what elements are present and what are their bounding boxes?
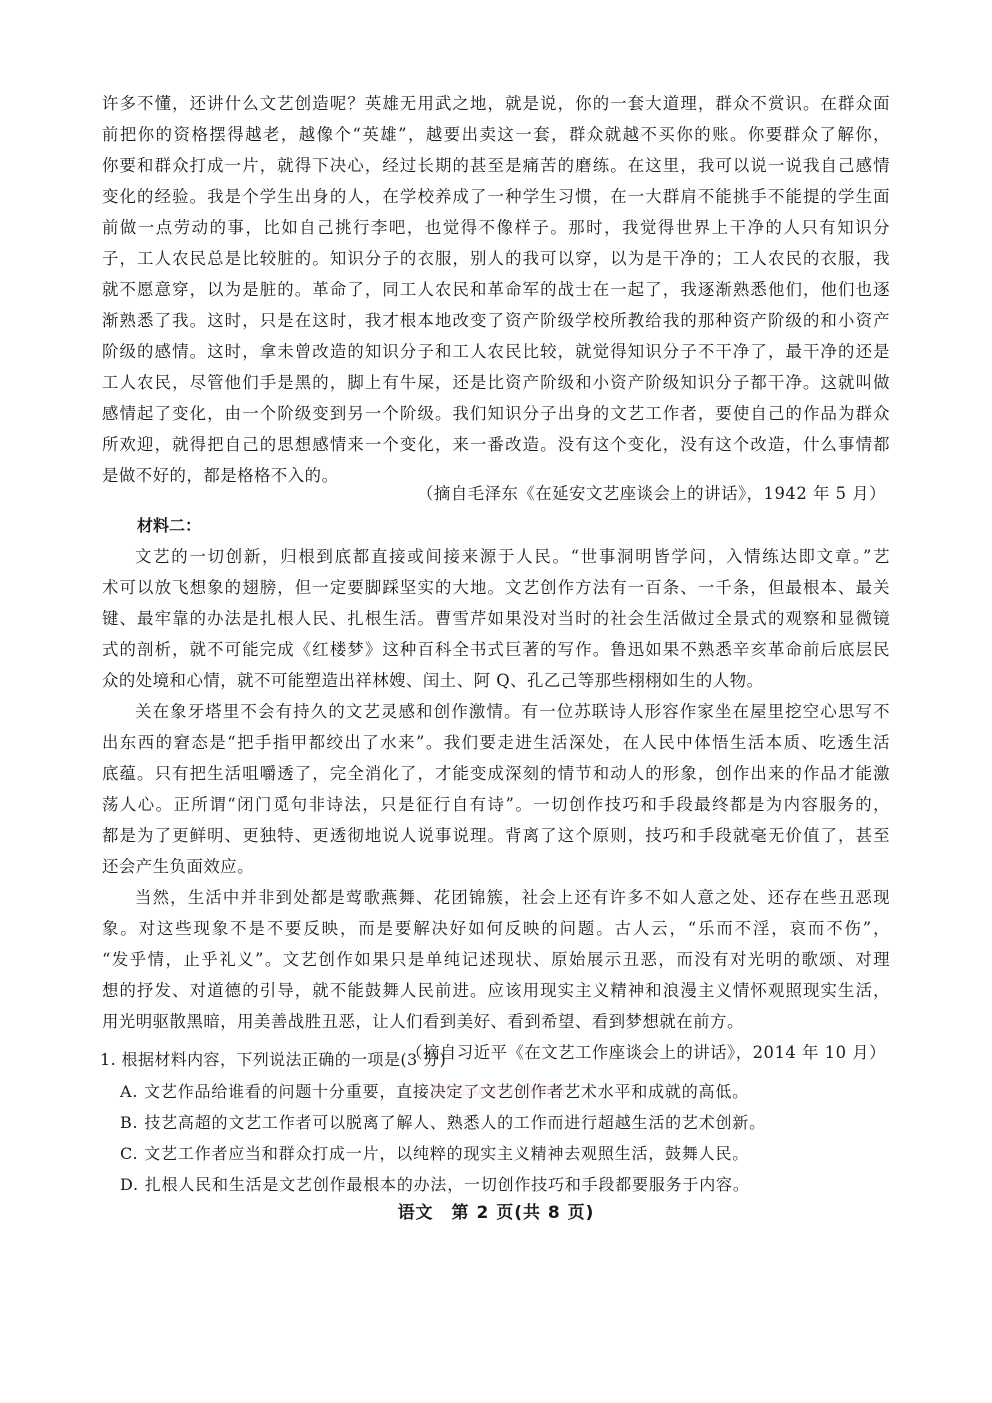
passage-line: 渐熟悉了我。这时，只是在这时，我才根本地改变了资产阶级学校所教给我的那种资产阶级… — [102, 305, 890, 336]
passage-line: 还会产生负面效应。 — [102, 851, 890, 882]
passage-line: 术可以放飞想象的翅膀，但一定要脚踩坚实的大地。文艺创作方法有一百条、一千条，但最… — [102, 572, 890, 603]
passage-line: 键、最牢靠的办法是扎根人民、扎根生活。曹雪芹如果没对当时的社会生活做过全景式的观… — [102, 603, 890, 634]
material-two-heading: 材料二： — [137, 510, 201, 541]
material-two-paragraph-3: 当然，生活中并非到处都是莺歌燕舞、花团锦簇，社会上还有许多不如人意之处、还存在些… — [102, 882, 890, 1037]
passage-line: 阶级的感情。这时，拿未曾改造的知识分子和工人农民比较，就觉得知识分子不干净了，最… — [102, 336, 890, 367]
passage-line: 当然，生活中并非到处都是莺歌燕舞、花团锦簇，社会上还有许多不如人意之处、还存在些… — [102, 882, 890, 913]
question-1-option-d[interactable]: D. 扎根人民和生活是文艺创作最根本的办法，一切创作技巧和手段都要服务于内容。 — [120, 1170, 750, 1200]
passage-line: 关在象牙塔里不会有持久的文艺灵感和创作激情。有一位苏联诗人形容作家坐在屋里挖空心… — [102, 696, 890, 727]
passage-line: 你要和群众打成一片，就得下决心，经过长期的甚至是痛苦的磨练。在这里，我可以说一说… — [102, 150, 890, 181]
passage-line: 文艺的一切创新，归根到底都直接或间接来源于人民。“世事洞明皆学问，入情练达即文章… — [102, 541, 890, 572]
passage-line: 感情起了变化，由一个阶级变到另一个阶级。我们知识分子出身的文艺工作者，要使自己的… — [102, 398, 890, 429]
passage-line: 许多不懂，还讲什么文艺创造呢？英雄无用武之地，就是说，你的一套大道理，群众不赏识… — [102, 88, 890, 119]
passage-line: 荡人心。正所谓“闭门觅句非诗法，只是征行自有诗”。一切创作技巧和手段最终都是为内… — [102, 789, 890, 820]
exam-page: 许多不懂，还讲什么文艺创造呢？英雄无用武之地，就是说，你的一套大道理，群众不赏识… — [0, 0, 992, 1403]
passage-line: 出东西的窘态是“把手指甲都绞出了水来”。我们要走进生活深处，在人民中体悟生活本质… — [102, 727, 890, 758]
material-one-passage: 许多不懂，还讲什么文艺创造呢？英雄无用武之地，就是说，你的一套大道理，群众不赏识… — [102, 88, 890, 491]
passage-line: 众的处境和心情，就不可能塑造出祥林嫂、闰土、阿 Q、孔乙己等那些栩栩如生的人物。 — [102, 665, 890, 696]
material-two-attribution: （摘自习近平《在文艺工作座谈会上的讲话》，2014 年 10 月） — [406, 1037, 886, 1068]
question-1-option-c[interactable]: C. 文艺工作者应当和群众打成一片，以纯粹的现实主义精神去观照生活，鼓舞人民。 — [120, 1139, 749, 1169]
material-one-attribution: （摘自毛泽东《在延安文艺座谈会上的讲话》，1942 年 5 月） — [417, 478, 886, 509]
material-two-paragraph-2: 关在象牙塔里不会有持久的文艺灵感和创作激情。有一位苏联诗人形容作家坐在屋里挖空心… — [102, 696, 890, 882]
passage-line: 所欢迎，就得把自己的思想感情来一个变化，来一番改造。没有这个变化，没有这个改造，… — [102, 429, 890, 460]
passage-line: 前做一点劳动的事，比如自己挑行李吧，也觉得不像样子。那时，我觉得世界上干净的人只… — [102, 212, 890, 243]
passage-line: 就不愿意穿，以为是脏的。革命了，同工人农民和革命军的战士在一起了，我逐渐熟悉他们… — [102, 274, 890, 305]
material-two-paragraph-1: 文艺的一切创新，归根到底都直接或间接来源于人民。“世事洞明皆学问，入情练达即文章… — [102, 541, 890, 696]
passage-line: 式的剖析，就不可能完成《红楼梦》这种百科全书式巨著的写作。鲁迅如果不熟悉辛亥革命… — [102, 634, 890, 665]
passage-line: 都是为了更鲜明、更独特、更透彻地说人说事说理。背离了这个原则，技巧和手段就毫无价… — [102, 820, 890, 851]
passage-line: “发乎情，止乎礼义”。文艺创作如果只是单纯记述现状、原始展示丑恶，而没有对光明的… — [102, 944, 890, 975]
passage-line: 前把你的资格摆得越老，越像个“英雄”，越要出卖这一套，群众就越不买你的账。你要群… — [102, 119, 890, 150]
passage-line: 变化的经验。我是个学生出身的人，在学校养成了一种学生习惯，在一大群肩不能挑手不能… — [102, 181, 890, 212]
passage-line: 想的抒发、对道德的引导，就不能鼓舞人民前进。应该用现实主义精神和浪漫主义情怀观照… — [102, 975, 890, 1006]
question-1-stem: 1. 根据材料内容，下列说法正确的一项是(3 分) — [100, 1045, 446, 1075]
passage-line: 底蕴。只有把生活咀嚼透了，完全消化了，才能变成深刻的情节和动人的形象，创作出来的… — [102, 758, 890, 789]
question-1-option-a[interactable]: A. 文艺作品给谁看的问题十分重要，直接决定了文艺创作者艺术水平和成就的高低。 — [120, 1077, 749, 1107]
question-1-option-b[interactable]: B. 技艺高超的文艺工作者可以脱离了解人、熟悉人的工作而进行超越生活的艺术创新。 — [120, 1108, 766, 1138]
page-footer: 语文 第 2 页(共 8 页) — [0, 1198, 992, 1228]
passage-line: 用光明驱散黑暗，用美善战胜丑恶，让人们看到美好、看到希望、看到梦想就在前方。 — [102, 1006, 890, 1037]
passage-line: 象。对这些现象不是不要反映，而是要解决好如何反映的问题。古人云，“乐而不淫，哀而… — [102, 913, 890, 944]
passage-line: 子，工人农民总是比较脏的。知识分子的衣服，别人的我可以穿，以为是干净的；工人农民… — [102, 243, 890, 274]
passage-line: 工人农民，尽管他们手是黑的，脚上有牛屎，还是比资产阶级和小资产阶级知识分子都干净… — [102, 367, 890, 398]
